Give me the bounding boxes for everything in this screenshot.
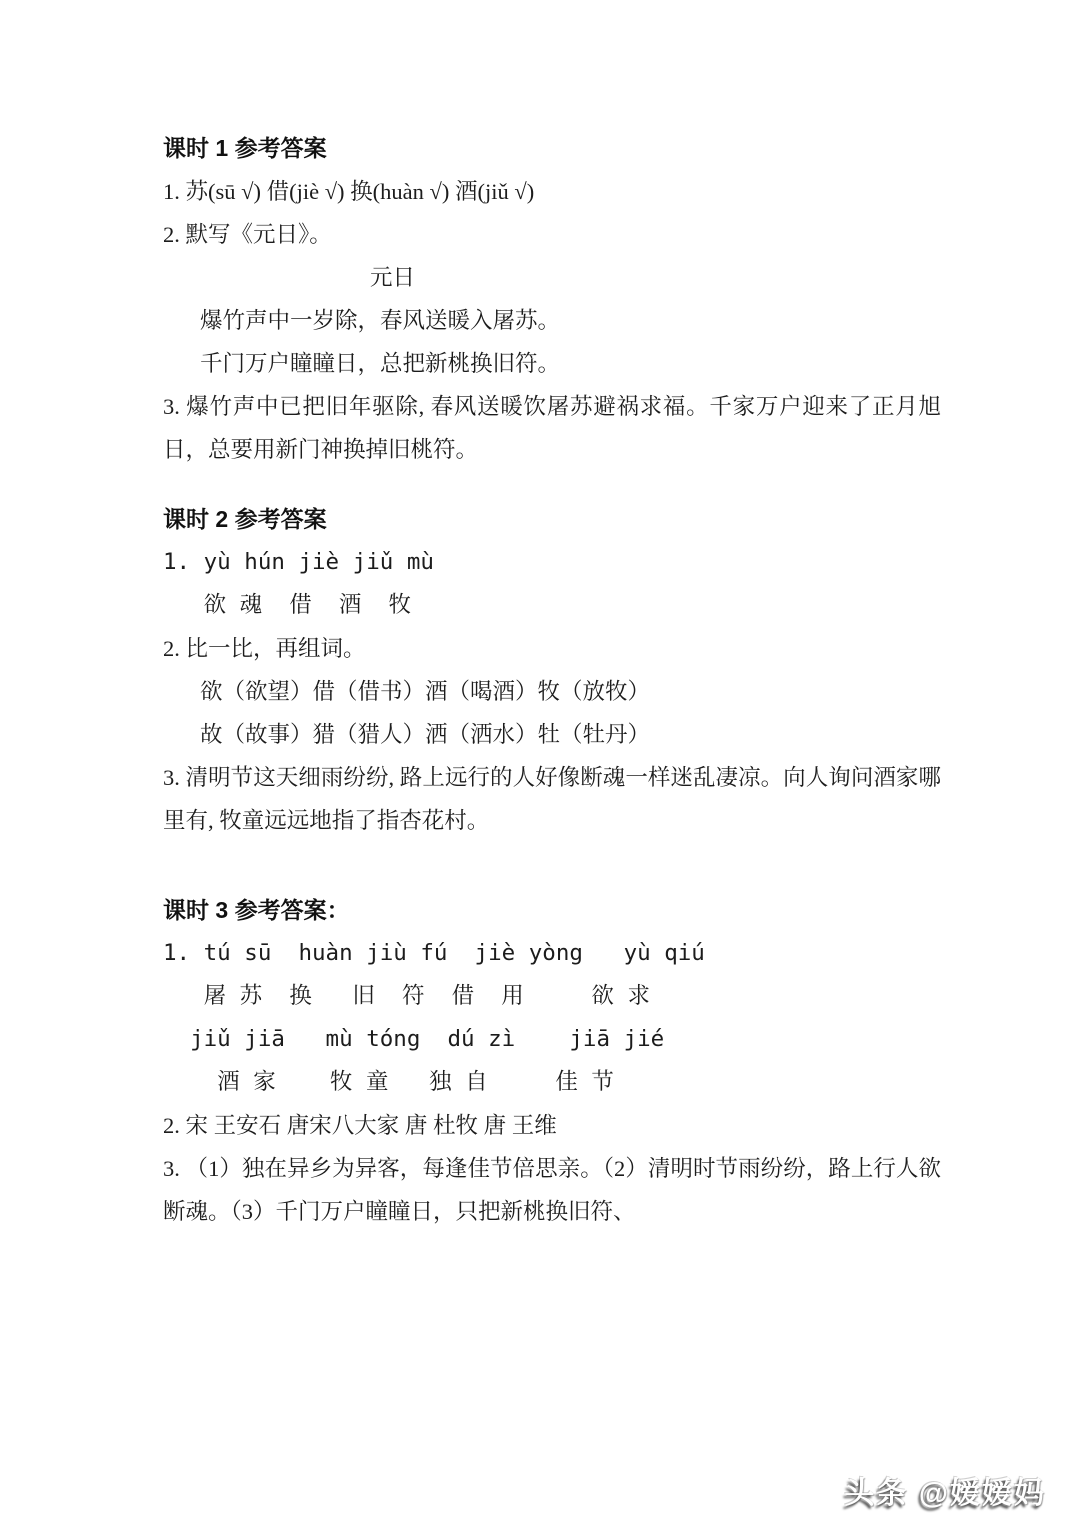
document-page: 课时 1 参考答案 1. 苏(sū √) 借(jiè √) 换(huàn √) … — [163, 126, 941, 1233]
section-2-item-2: 2. 比一比，再组词。 — [163, 627, 941, 670]
section-1-item-3: 3. 爆竹声中已把旧年驱除, 春风送暖饮屠苏避祸求福。千家万户迎来了正月旭日，总… — [163, 385, 941, 471]
poem-title: 元日 — [163, 256, 941, 299]
section-lesson-3: 课时 3 参考答案： 1. tú sū huàn jiù fú jiè yòng… — [163, 888, 941, 1233]
section-3-heading: 课时 3 参考答案： — [163, 888, 941, 932]
section-2-hanzi-row: 欲 魂 借 酒 牧 — [163, 584, 941, 627]
poem-line-2: 千门万户瞳瞳日，总把新桃换旧符。 — [163, 342, 941, 385]
section-1-item-2: 2. 默写《元日》。 — [163, 213, 941, 256]
section-1-item-1: 1. 苏(sū √) 借(jiè √) 换(huàn √) 酒(jiǔ √) — [163, 170, 941, 213]
section-3-item-2: 2. 宋 王安石 唐宋八大家 唐 杜牧 唐 王维 — [163, 1104, 941, 1147]
section-3-item-3: 3. （1）独在异乡为异客，每逢佳节倍思亲。（2）清明时节雨纷纷，路上行人欲断魂… — [163, 1147, 941, 1233]
section-lesson-1: 课时 1 参考答案 1. 苏(sū √) 借(jiè √) 换(huàn √) … — [163, 126, 941, 471]
section-2-heading: 课时 2 参考答案 — [163, 497, 941, 541]
section-lesson-2: 课时 2 参考答案 1. yù hún jiè jiǔ mù 欲 魂 借 酒 牧… — [163, 497, 941, 842]
section-2-pinyin-row: 1. yù hún jiè jiǔ mù — [163, 541, 941, 584]
section-2-item-3: 3. 清明节这天细雨纷纷, 路上远行的人好像断魂一样迷乱凄凉。向人询问酒家哪里有… — [163, 756, 941, 842]
section-3-hanzi-row-1: 屠 苏 换 旧 符 借 用 欲 求 — [163, 975, 941, 1018]
section-1-heading: 课时 1 参考答案 — [163, 126, 941, 170]
section-2-word-line-1: 欲（欲望）借（借书）酒（喝酒）牧（放牧） — [163, 670, 941, 713]
section-3-pinyin-row-1: 1. tú sū huàn jiù fú jiè yòng yù qiú — [163, 932, 941, 975]
section-3-pinyin-row-2: jiǔ jiā mù tóng dú zì jiā jié — [163, 1018, 941, 1061]
poem-line-1: 爆竹声中一岁除，春风送暖入屠苏。 — [163, 299, 941, 342]
toutiao-watermark: 头条 @嫒嫒妈 — [844, 1468, 1046, 1512]
section-3-hanzi-row-2: 酒 家 牧 童 独 自 佳 节 — [163, 1061, 941, 1104]
section-2-word-line-2: 故（故事）猎（猎人）洒（洒水）牡（牡丹） — [163, 713, 941, 756]
